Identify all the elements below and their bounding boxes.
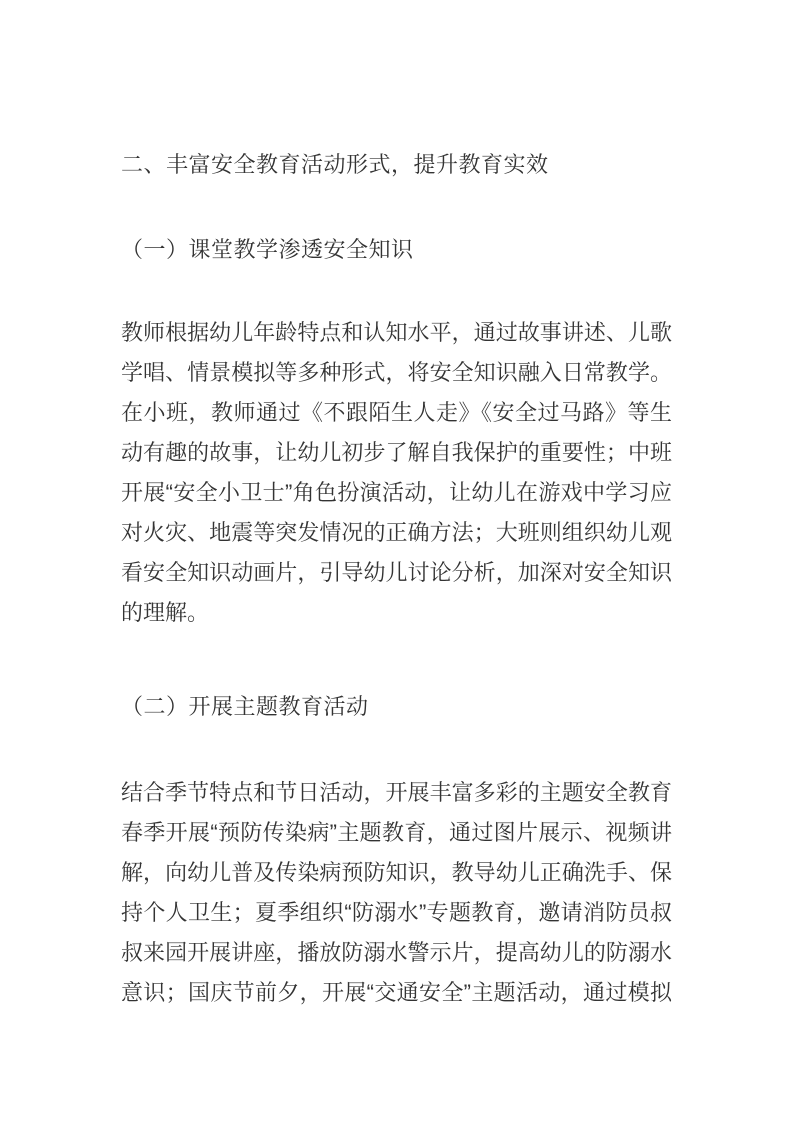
text-line: 的理解。 xyxy=(121,593,672,633)
text-line: 对火灾、地震等突发情况的正确方法；大班则组织幼儿观 xyxy=(121,513,672,553)
text-line: 解，向幼儿普及传染病预防知识，教导幼儿正确洗手、保 xyxy=(121,853,672,893)
document-content: 二、丰富安全教育活动形式，提升教育实效 （一）课堂教学渗透安全知识 教师根据幼儿… xyxy=(0,0,793,1013)
subsection-heading-2: （二）开展主题教育活动 xyxy=(121,687,672,727)
text-line: 结合季节特点和节日活动，开展丰富多彩的主题安全教育 xyxy=(121,773,672,813)
text-line: 开展“安全小卫士”角色扮演活动，让幼儿在游戏中学习应 xyxy=(121,473,672,513)
text-line: 春季开展“预防传染病”主题教育，通过图片展示、视频讲 xyxy=(121,813,672,853)
text-line: 动有趣的故事，让幼儿初步了解自我保护的重要性；中班 xyxy=(121,433,672,473)
paragraph-1: 教师根据幼儿年龄特点和认知水平，通过故事讲述、儿歌 学唱、情景模拟等多种形式，将… xyxy=(121,313,672,633)
text-line: 教师根据幼儿年龄特点和认知水平，通过故事讲述、儿歌 xyxy=(121,313,672,353)
paragraph-2: 结合季节特点和节日活动，开展丰富多彩的主题安全教育 春季开展“预防传染病”主题教… xyxy=(121,773,672,1013)
document-page: 二、丰富安全教育活动形式，提升教育实效 （一）课堂教学渗透安全知识 教师根据幼儿… xyxy=(0,0,793,1122)
section-heading: 二、丰富安全教育活动形式，提升教育实效 xyxy=(121,145,672,185)
subsection-heading-1: （一）课堂教学渗透安全知识 xyxy=(121,230,672,270)
text-line: 意识；国庆节前夕，开展“交通安全”主题活动，通过模拟 xyxy=(121,973,672,1013)
text-line: 在小班，教师通过《不跟陌生人走》《安全过马路》等生 xyxy=(121,393,672,433)
text-line: 持个人卫生；夏季组织“防溺水”专题教育，邀请消防员叔 xyxy=(121,893,672,933)
text-line: 看安全知识动画片，引导幼儿讨论分析，加深对安全知识 xyxy=(121,553,672,593)
text-line: 学唱、情景模拟等多种形式，将安全知识融入日常教学。 xyxy=(121,353,672,393)
text-line: 叔来园开展讲座，播放防溺水警示片，提高幼儿的防溺水 xyxy=(121,933,672,973)
